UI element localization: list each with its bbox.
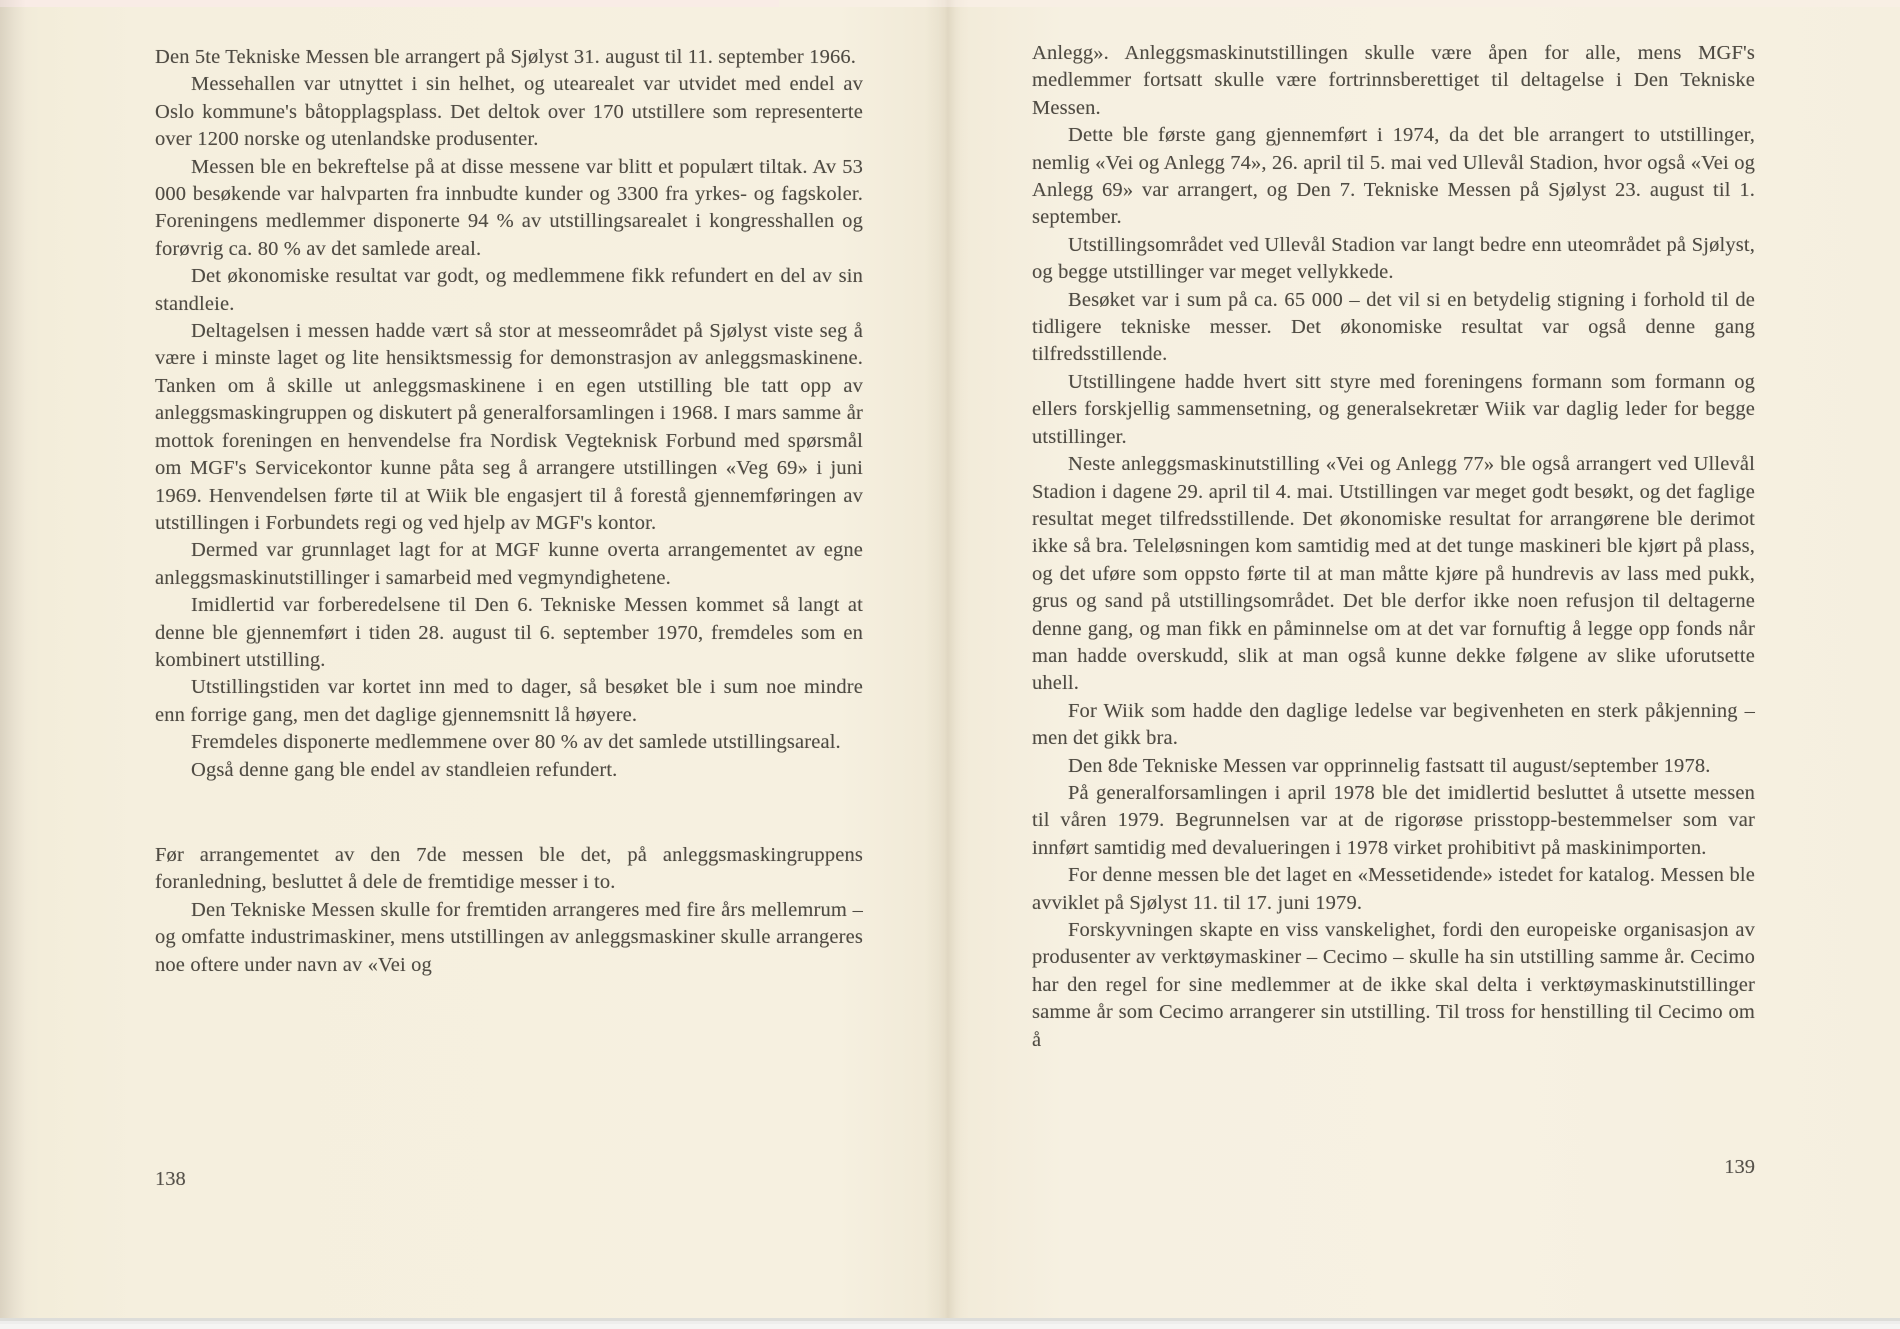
paragraph: Forskyvningen skapte en viss vanskelighe…	[1032, 917, 1755, 1054]
page-left-text: Den 5te Tekniske Messen ble arrangert på…	[155, 44, 863, 979]
paragraph: Den 5te Tekniske Messen ble arrangert på…	[155, 44, 863, 71]
paragraph: Utstillingstiden var kortet inn med to d…	[155, 674, 863, 729]
paragraph: Imidlertid var forberedelsene til Den 6.…	[155, 592, 863, 674]
book-spread: Den 5te Tekniske Messen ble arrangert på…	[0, 0, 1900, 1329]
page-edge-shadow	[0, 0, 26, 1318]
paragraph: Deltagelsen i messen hadde vært så stor …	[155, 318, 863, 537]
paragraph: Messehallen var utnyttet i sin helhet, o…	[155, 71, 863, 153]
paragraph: Det økonomiske resultat var godt, og med…	[155, 263, 863, 318]
paragraph: Dermed var grunnlaget lagt for at MGF ku…	[155, 537, 863, 592]
paragraph: For denne messen ble det laget en «Messe…	[1032, 862, 1755, 917]
paragraph: Dette ble første gang gjennemført i 1974…	[1032, 122, 1755, 232]
paragraph: Besøket var i sum på ca. 65 000 – det vi…	[1032, 287, 1755, 369]
paragraph: Neste anleggsmaskinutstilling «Vei og An…	[1032, 451, 1755, 698]
page-right-text: Anlegg». Anleggsmaskinutstillingen skull…	[1032, 40, 1755, 1054]
page-number-left: 138	[155, 1168, 186, 1191]
paragraph: Messen ble en bekreftelse på at disse me…	[155, 154, 863, 264]
paragraph: For Wiik som hadde den daglige ledelse v…	[1032, 698, 1755, 753]
paragraph: På generalforsamlingen i april 1978 ble …	[1032, 780, 1755, 862]
page-number-right: 139	[1032, 1156, 1755, 1179]
book-gutter	[925, 0, 969, 1318]
paragraph: Den 8de Tekniske Messen var opprinnelig …	[1032, 753, 1755, 780]
scan-bottom-edge	[0, 1318, 1900, 1329]
paragraph: Den Tekniske Messen skulle for fremtiden…	[155, 897, 863, 979]
paragraph: Utstillingene hadde hvert sitt styre med…	[1032, 369, 1755, 451]
paragraph: Anlegg». Anleggsmaskinutstillingen skull…	[1032, 40, 1755, 122]
paragraph: Utstillingsområdet ved Ullevål Stadion v…	[1032, 232, 1755, 287]
paragraph: Før arrangementet av den 7de messen ble …	[155, 842, 863, 897]
paragraph: Fremdeles disponerte medlemmene over 80 …	[155, 729, 863, 756]
paragraph: Også denne gang ble endel av standleien …	[155, 757, 863, 784]
